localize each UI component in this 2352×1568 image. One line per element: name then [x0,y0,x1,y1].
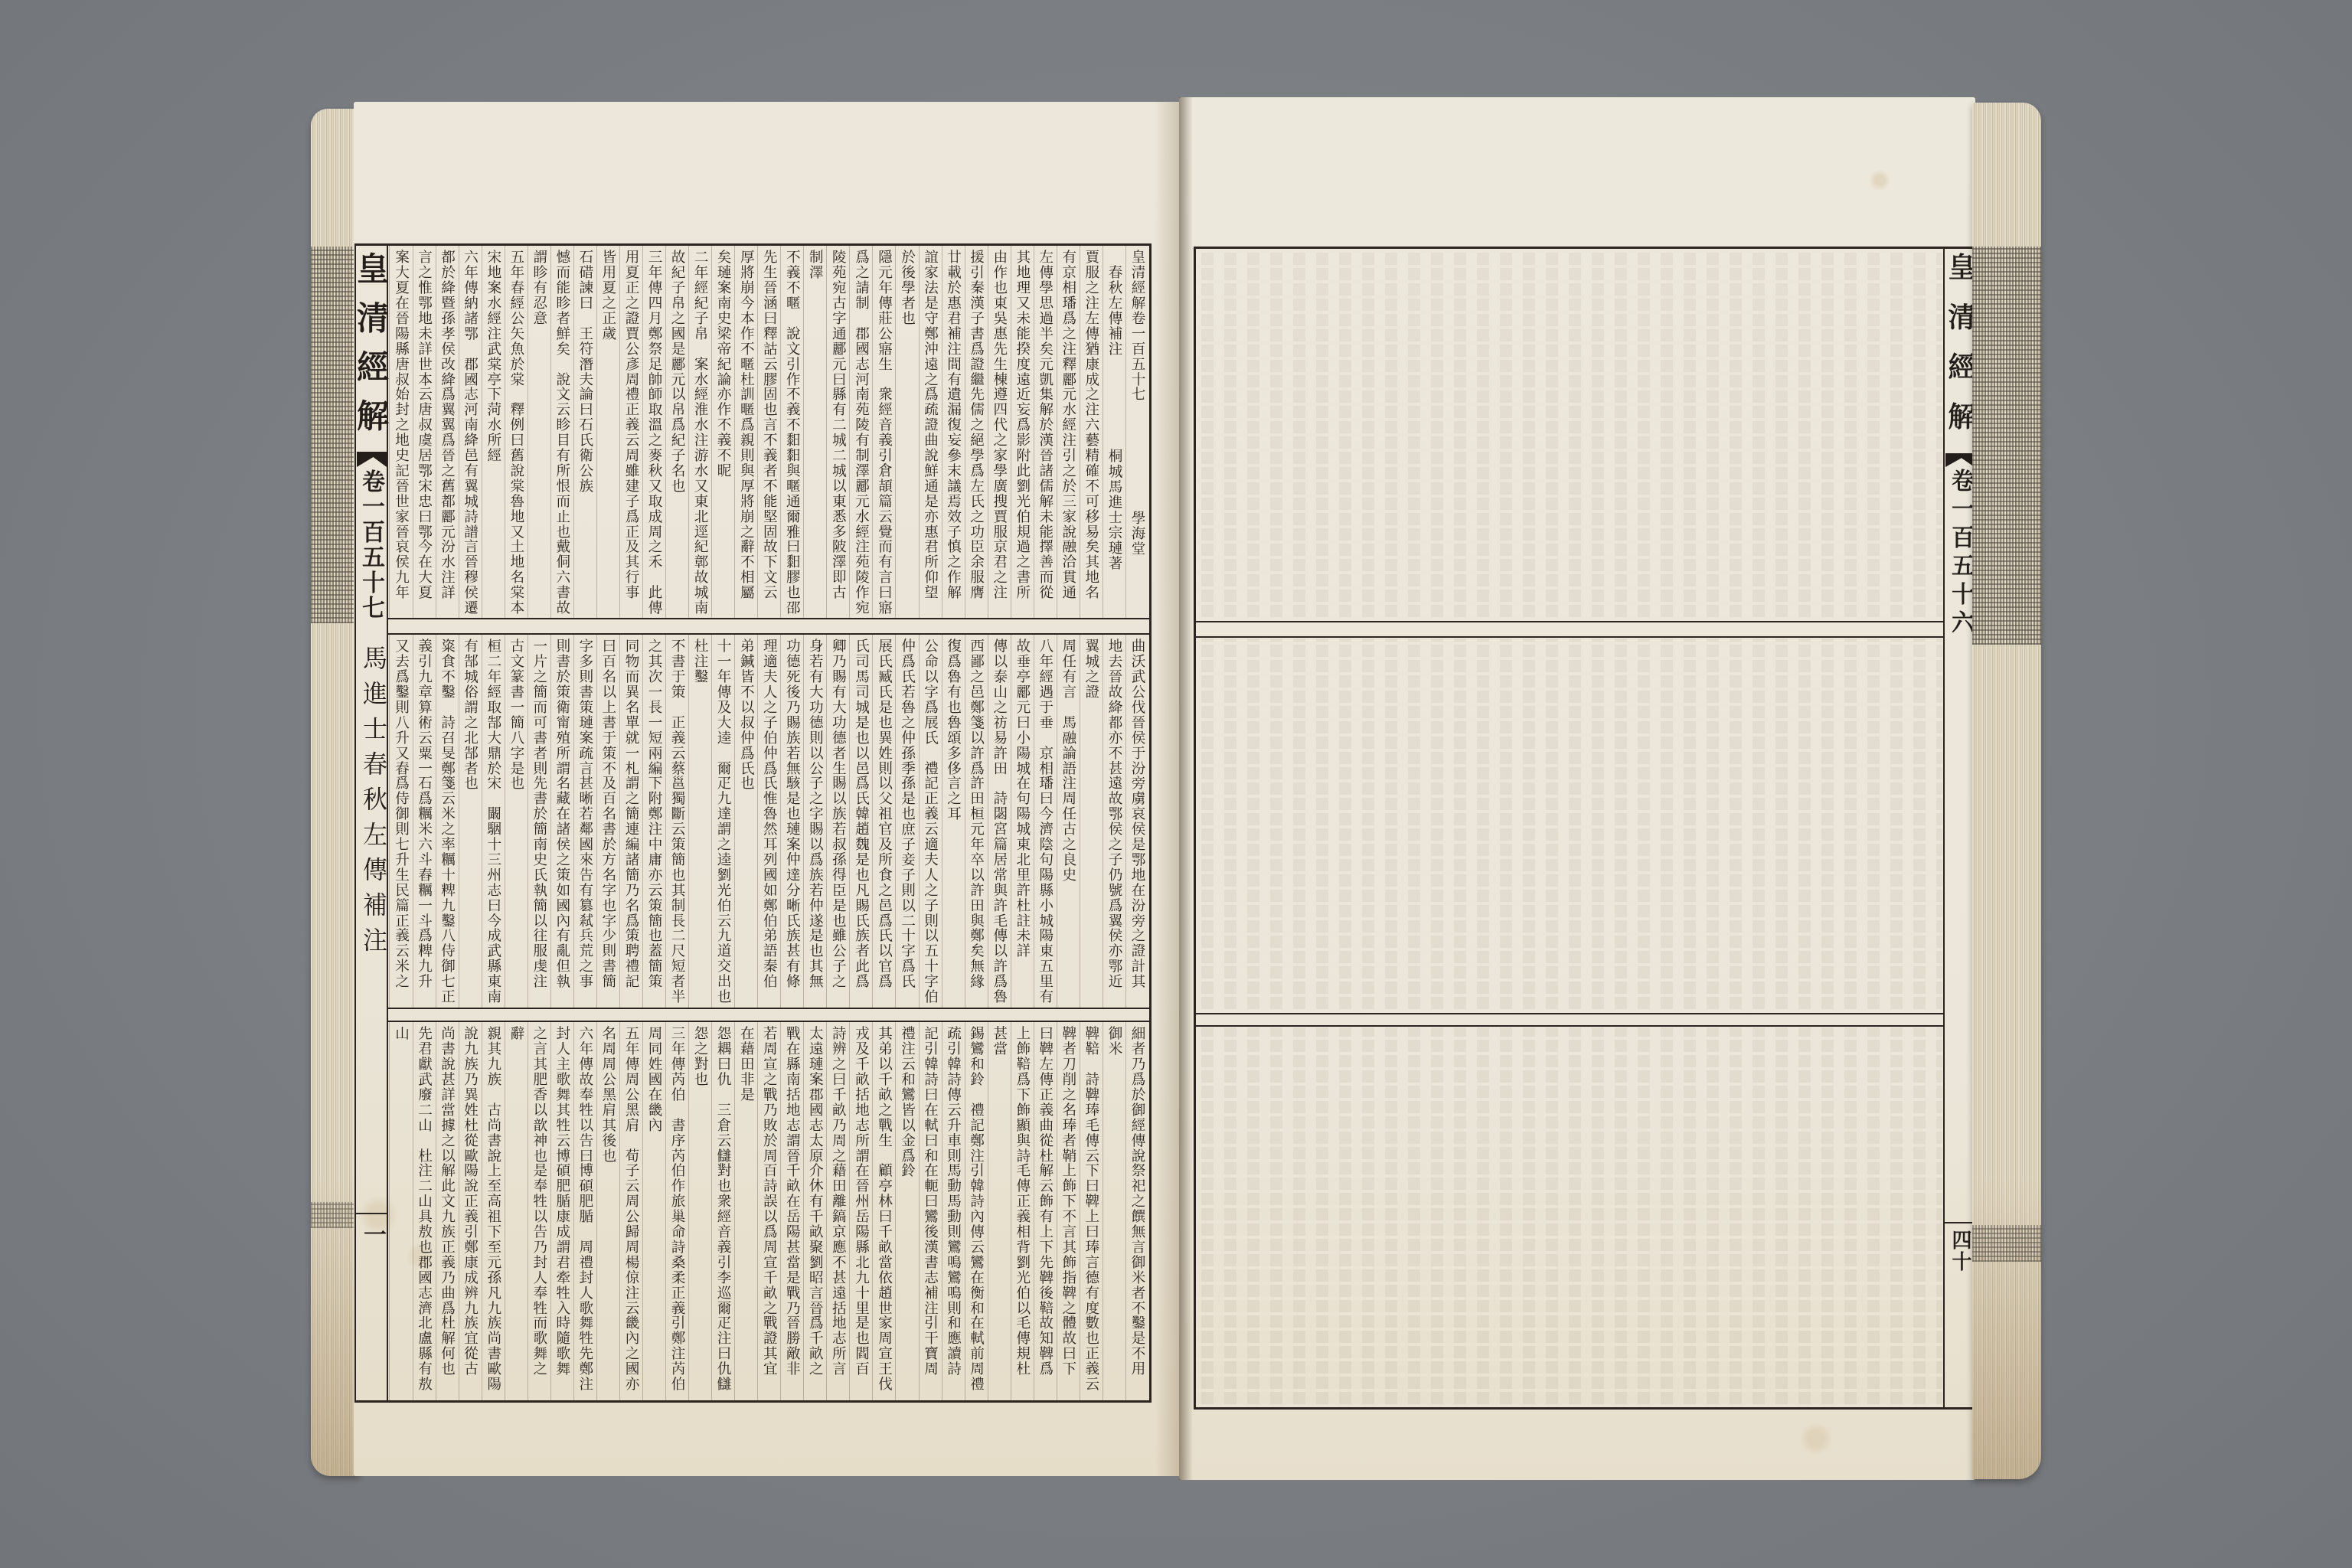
text-column: 爲之請制 郡國志河南苑陵有制澤酈元水經注苑陵作宛 [849,246,872,618]
text-column: 陵苑宛古字通酈元曰縣有二城二城以東悉多陂澤即古 [826,246,849,618]
register-top-blank [1196,250,1942,620]
text-column: 卿乃賜有大功德者生賜以族若叔孫得臣是也雖公子之 [826,635,849,1008]
text-column: 功德死後乃賜族若無駭是也璉案仲達分晰氏族甚有條 [780,635,803,1008]
column-text: 其弟以千畝之戰生 顧亭林曰千畝當依趙世家周宣王伐 [873,1026,895,1392]
register-divider [388,618,1151,619]
banxin-volume: 卷一百五十六 [1945,469,1975,639]
text-column: 禮注云和鸞皆以金爲鈴 [895,1022,918,1400]
text-column: 皇清經解卷一百五十七學海堂 [1125,246,1148,618]
text-column: 矣璉案南史梁帝紀論亦作不義不昵 [711,246,734,618]
text-column: 言之惟鄂地未詳世本云唐叔虞居鄂宋忠曰鄂今在大夏 [413,246,436,618]
column-text: 禮注云和鸞皆以金爲鈴 [896,1026,918,1178]
text-column: 杜注鑿 [688,635,711,1008]
column-text: 都於絳暨孫孝侯改絳爲翼翼爲晉之舊都酈元汾水注詳 [436,250,459,600]
column-text: 功德死後乃賜族若無駭是也璉案仲達分晰氏族甚有條 [781,639,803,989]
column-text: 皇清經解卷一百五十七 [1126,250,1148,402]
text-column: 甚當 [988,1022,1011,1400]
column-text: 義引九章算術云粟一石爲糲米六斗舂糲一斗爲粺九升 [413,639,436,989]
column-text: 春秋左傳補注 [1103,250,1125,356]
bleed-through-texture [1196,250,1942,620]
column-text: 戰在縣南括地志謂晉千畝在岳陽甚當是戰乃晉勝敵非 [781,1026,803,1377]
text-column: 先生晉涵曰釋詁云膠固也言不義者不能堅固故下文云 [757,246,780,618]
text-column: 曰鞞左傳正義曲從杜解云飾有上下先鞞後鞛故知鞞爲 [1034,1022,1057,1400]
text-column: 宋地案水經注武棠亭下菏水所經 [482,246,505,618]
column-text: 說九族乃異姓杜從歐陽說正義引鄭康成辨九族宜從古 [459,1026,482,1377]
column-text: 六年傳納諸鄂 郡國志河南絳邑有翼城詩譜言晉穆侯遷 [459,250,482,616]
register-divider [1194,636,1944,638]
edge-ink-page-number [311,1202,360,1228]
banxin-title: 皇清經解 [1945,253,1975,452]
text-column: 左傳學思過半矣元凱集解於漢晉諸儒解未能擇善而從 [1034,246,1057,618]
text-column: 之其次一長一短兩編下附鄭注中庸亦云策簡也蓋簡策 [642,635,665,1008]
column-text: 周同姓國在畿內 [643,1026,665,1132]
text-column: 尚書說甚詳當據之以解此文九族正義乃曲爲杜解何也 [436,1022,459,1400]
column-text: 五年傳周公黑肩 荀子云周公歸周楊倞注云畿內之國亦 [620,1026,642,1392]
text-column: 其地理又未能揆度遠近妄爲影附此劉光伯規過之書所 [1011,246,1034,618]
text-column: 有郜城俗謂之北郜者也 [459,635,482,1008]
banxin-volume: 卷一百五十七 [354,469,387,621]
text-column: 公命以字爲展氏 禮記正義云適夫人之子則以五十字伯 [919,635,942,1008]
column-text: 卿乃賜有大功德者生賜以族若叔孫得臣是也雖公子之 [827,639,849,989]
text-column: 隱元年傳莊公寤生 衆經音義引倉頡篇云覺而有言曰寤 [872,246,895,618]
column-text: 怨之對也 [689,1026,711,1087]
register-divider [1194,1013,1944,1014]
text-column: 疏引韓詩傳云升車則馬動馬動則鸞鳴鸞鳴則和應讀詩 [942,1022,965,1400]
text-column: 故垂亭酈元曰小陽城在句陽城東北里許杜註未詳 [1011,635,1034,1008]
column-text: 三年傳四月鄭祭足帥師取溫之麥秋又取成周之禾 此傳 [643,250,665,616]
text-column: 理適夫人之子伯仲爲氏惟魯然耳列國如鄭伯弟語秦伯 [757,635,780,1008]
column-text: 封人主歌舞其牲云博碩肥腯康成謂君牽牲入時隨歌舞 [551,1026,573,1377]
text-column: 二年經紀子帛 案水經淮水注游水又東北逕紀鄣故城南 [688,246,711,618]
column-text: 曰鞞左傳正義曲從杜解云飾有上下先鞞後鞛故知鞞爲 [1034,1026,1057,1377]
text-column: 賈服之注左傳猶康成之注六藝精確不可移易矣其地名 [1080,246,1102,618]
text-column: 復爲魯有也魯頌多侈言之耳 [942,635,965,1008]
text-column: 石碏諫曰 王符潛夫論曰石氏衛公族 [573,246,596,618]
text-column: 厚將崩今本作不暱杜訓暱爲親則與厚將崩之辭不相屬 [734,246,757,618]
text-column: 憾而能眕者鮮矣 說文云眕目有所恨而止也戴侗六書故 [550,246,573,618]
right-page-stack-edge [1972,103,2041,1479]
column-text: 古文篆書一簡八字是也 [505,639,528,791]
column-text: 氏司馬司城是也以邑爲氏韓趙魏是也凡賜氏族者此爲 [850,639,872,989]
column-text: 二年經紀子帛 案水經淮水注游水又東北逕紀鄣故城南 [689,250,711,616]
column-text: 周任有言 馬融論語注周任古之良史 [1057,639,1080,882]
column-text: 辭 [505,1026,528,1041]
text-column: 詩辨之曰千畝乃周之藉田離鎬京應不甚遠括地志所言 [826,1022,849,1400]
column-text: 弟鍼皆不以叔仲爲氏也 [735,639,757,791]
banxin-page-rule [1945,1222,1975,1223]
gutter-shadow [1155,102,1181,1476]
text-column: 於後學者也 [895,246,918,618]
text-column: 戰在縣南括地志謂晉千畝在岳陽甚當是戰乃晉勝敵非 [780,1022,803,1400]
column-text: 若周宣之戰乃敗於周百詩誤以爲周宣千畝之戰證其宜 [758,1026,780,1377]
text-column: 西鄙之邑鄭箋以許爲許田桓元年卒以許田與鄭矣無緣 [965,635,988,1008]
column-text: 詩辨之曰千畝乃周之藉田離鎬京應不甚遠括地志所言 [827,1026,849,1377]
column-text: 八年經遇于垂 京相璠曰今濟陰句陽縣小城陽東五里有 [1034,639,1057,1004]
column-text: 誼家法是守鄭沖遠之爲疏證曲說鮮通是亦惠君所仰望 [920,250,942,600]
text-column: 周同姓國在畿內 [642,1022,665,1400]
column-text: 鞞鞛 詩鞞琫毛傳云下曰鞞上曰琫言德有度數也正義云 [1080,1026,1102,1392]
text-column: 又去爲鑿則八升又舂爲侍御則七升生民篇正義云米之 [389,635,412,1008]
text-column: 仲爲氏若魯之仲孫季孫是也庶子妾子則以二十字爲氏 [895,635,918,1008]
text-column: 字多則書策璉案疏言甚晰若鄰國來告有篡弒兵荒之事 [573,635,596,1008]
column-text: 名周周公黑肩其後也 [597,1026,619,1163]
column-text: 三年傳芮伯 書序芮伯作旅巢命詩桑柔正義引鄭注芮伯 [666,1026,688,1392]
column-text: 其地理又未能揆度遠近妄爲影附此劉光伯規過之書所 [1011,250,1034,600]
banxin-title: 皇清經解 [353,250,388,450]
column-text: 矣璉案南史梁帝紀論亦作不義不昵 [712,250,734,479]
column-text: 先君獻武廢二山 杜注二山具敖也郡國志濟北盧縣有敖 [413,1026,436,1392]
text-column: 制澤 [803,246,826,618]
text-column: 六年傳納諸鄂 郡國志河南絳邑有翼城詩譜言晉穆侯遷 [459,246,482,618]
column-text: 則書於策衛甯殖所謂名藏在諸侯之策如國內有亂但執 [551,639,573,989]
column-text: 廿載於惠君補注間有遺漏復妄參末議焉效子慎之作解 [942,250,965,600]
text-column: 義引九章算術云粟一石爲糲米六斗舂糲一斗爲粺九升 [413,635,436,1008]
text-column: 先君獻武廢二山 杜注二山具敖也郡國志濟北盧縣有敖 [413,1022,436,1400]
text-column: 在藉田非是 [734,1022,757,1400]
banxin-subtitle: 馬進士春秋左傳補注 [361,643,387,965]
text-column: 則書於策衛甯殖所謂名藏在諸侯之策如國內有亂但執 [550,635,573,1008]
column-text: 言之惟鄂地未詳世本云唐叔虞居鄂宋忠曰鄂今在大夏 [413,250,436,600]
register-middle: 曲沃武公伐晉侯于汾旁虜哀侯是鄂地在汾旁之證計其地去晉故絳都亦不甚遠故鄂侯之子仍號… [389,635,1148,1008]
column-text: 之言其肥香以歆神也是奉牲以告乃封人奉牲而歌舞之 [528,1026,550,1377]
text-column: 由作也東吳惠先生棟遵四代之家學廣搜賈服京君之注 [988,246,1011,618]
text-column: 不書于策 正義云蔡邕獨斷云策簡也其制長二尺短者半 [665,635,688,1008]
register-middle-blank [1196,639,1942,1012]
column-text: 復爲魯有也魯頌多侈言之耳 [942,639,965,822]
column-tail: 學海堂 [1126,511,1148,557]
text-column: 曰百名以上書于策不及百名書於方名字也字少則書簡 [596,635,619,1008]
column-text: 一片之簡而可書者則先書於簡南史氏執簡以往服虔注 [528,639,550,989]
text-column: 錫鸞和鈴 禮記鄭注引韓詩內傳云鸞在衡和在軾前周禮 [965,1022,988,1400]
column-text: 皆用夏之正歲 [597,250,619,341]
text-column: 怨之對也 [688,1022,711,1400]
text-column: 桓二年經取郜大鼎於宋 闞駰十三州志曰今成武縣東南 [482,635,505,1008]
text-column: 援引秦漢子書爲證繼先儒之絕學爲左氏之功臣余服膺 [965,246,988,618]
column-text: 不義不暱 說文引作不義不䵒䵒與暱通爾雅曰䵒膠也邵 [781,250,803,616]
text-column: 名周周公黑肩其後也 [596,1022,619,1400]
text-column: 身若有大功德則以公子之字賜以爲族若仲遂是也其無 [803,635,826,1008]
column-text: 御米 [1103,1026,1125,1057]
text-column: 鞞者刀削之名琫者鞘上飾下不言其飾指鞞之體故曰下 [1057,1022,1080,1400]
text-column: 戎及千畝括地志所謂在晉州岳陽縣北九十里是也閻百 [849,1022,872,1400]
column-text: 有京相璠爲之注釋酈元水經注引之於三家說融洽貫通 [1057,250,1080,600]
column-text: 曲沃武公伐晉侯于汾旁虜哀侯是鄂地在汾旁之證計其 [1126,639,1148,989]
column-text: 制澤 [804,250,826,280]
text-column: 三年傳四月鄭祭足帥師取溫之麥秋又取成周之禾 此傳 [642,246,665,618]
banxin-page-number: 四十 [1946,1228,1974,1274]
text-column: 不義不暱 說文引作不義不䵒䵒與暱通爾雅曰䵒膠也邵 [780,246,803,618]
text-column: 細者乃爲於御經傳說祭祀之饌無言御米者不鑿是不用 [1125,1022,1148,1400]
text-column: 御米 [1102,1022,1125,1400]
column-text: 桓二年經取郜大鼎於宋 闞駰十三州志曰今成武縣東南 [482,639,505,1004]
column-text: 展氏臧氏是也異姓則以父祖官及所食之邑爲氏以官爲 [873,639,895,989]
column-text: 又去爲鑿則八升又舂爲侍御則七升生民篇正義云米之 [390,639,412,989]
register-divider [1194,621,1944,622]
column-text: 錫鸞和鈴 禮記鄭注引韓詩內傳云鸞在衡和在軾前周禮 [965,1026,988,1392]
column-text: 身若有大功德則以公子之字賜以爲族若仲遂是也其無 [804,639,826,989]
text-column: 粢食不鑿 詩召旻鄭箋云米之率糲十粺九鑿八侍御七正 [436,635,459,1008]
column-text: 六年傳故奉牲以告曰博碩肥腯 周禮封人歌舞牲先鄭注 [574,1026,596,1392]
column-text: 戎及千畝括地志所謂在晉州岳陽縣北九十里是也閻百 [850,1026,872,1377]
text-column: 山 [389,1022,412,1400]
text-column: 翼城之證 [1080,635,1102,1008]
column-text: 由作也東吳惠先生棟遵四代之家學廣搜賈服京君之注 [988,250,1011,600]
column-tail: 桐城馬進士宗璉著 [1103,449,1125,570]
text-column: 皆用夏之正歲 [596,246,619,618]
text-column: 謂眕有忍意 [528,246,550,618]
gutter-shadow [1179,97,1193,1480]
register-bottom-blank [1196,1027,1942,1407]
text-column: 六年傳故奉牲以告曰博碩肥腯 周禮封人歌舞牲先鄭注 [573,1022,596,1400]
column-text: 宋地案水經注武棠亭下菏水所經 [482,250,505,463]
column-text: 爲之請制 郡國志河南苑陵有制澤酈元水經注苑陵作宛 [850,250,872,616]
text-column: 之言其肥香以歆神也是奉牲以告乃封人奉牲而歌舞之 [528,1022,550,1400]
text-column: 曲沃武公伐晉侯于汾旁虜哀侯是鄂地在汾旁之證計其 [1125,635,1148,1008]
text-column: 春秋左傳補注桐城馬進士宗璉著 [1102,246,1125,618]
column-text: 甚當 [988,1026,1011,1057]
text-column: 五年傳周公黑肩 荀子云周公歸周楊倞注云畿內之國亦 [619,1022,642,1400]
column-text: 西鄙之邑鄭箋以許爲許田桓元年卒以許田與鄭矣無緣 [965,639,988,989]
column-text: 細者乃爲於御經傳說祭祀之饌無言御米者不鑿是不用 [1126,1026,1148,1377]
column-text: 於後學者也 [896,250,918,326]
text-column: 鞞鞛 詩鞞琫毛傳云下曰鞞上曰琫言德有度數也正義云 [1080,1022,1102,1400]
text-column: 周任有言 馬融論語注周任古之良史 [1057,635,1080,1008]
column-text: 十一年傳及大逵 爾疋九達謂之逵劉光伯云九道交出也 [712,639,734,1004]
column-text: 理適夫人之子伯仲爲氏惟魯然耳列國如鄭伯弟語秦伯 [758,639,780,989]
text-column: 太遠璉案郡國志太原介休有千畝聚劉昭言晉爲千畝之 [803,1022,826,1400]
column-text: 鞞者刀削之名琫者鞘上飾下不言其飾指鞞之體故曰下 [1057,1026,1080,1377]
column-text: 在藉田非是 [735,1026,757,1102]
register-top: 皇清經解卷一百五十七學海堂 春秋左傳補注桐城馬進士宗璉著賈服之注左傳猶康成之注六… [389,246,1148,618]
register-divider [1194,1025,1944,1027]
column-text: 字多則書策璉案疏言甚晰若鄰國來告有篡弒兵荒之事 [574,639,596,989]
column-text: 故垂亭酈元曰小陽城在句陽城東北里許杜註未詳 [1011,639,1034,959]
text-column: 用夏正之證賈公彥周禮正義云周雖建子爲正及其行事 [619,246,642,618]
column-text: 翼城之證 [1080,639,1102,700]
text-column: 封人主歌舞其牲云博碩肥腯康成謂君牽牲入時隨歌舞 [550,1022,573,1400]
column-text: 隱元年傳莊公寤生 衆經音義引倉頡篇云覺而有言曰寤 [873,250,895,616]
column-text: 仲爲氏若魯之仲孫季孫是也庶子妾子則以二十字爲氏 [896,639,918,989]
banxin-page-rule [356,1213,387,1214]
column-text: 援引秦漢子書爲證繼先儒之絕學爲左氏之功臣余服膺 [965,250,988,600]
text-column: 八年經遇于垂 京相璠曰今濟陰句陽縣小城陽東五里有 [1034,635,1057,1008]
bleed-through-texture [1196,639,1942,1012]
column-text: 不書于策 正義云蔡邕獨斷云策簡也其制長二尺短者半 [666,639,688,1004]
text-column: 十一年傳及大逵 爾疋九達謂之逵劉光伯云九道交出也 [711,635,734,1008]
column-text: 杜注鑿 [689,639,711,684]
column-text: 親其九族 古尚書說上至高祖下至元孫凡九族尚書歐陽 [482,1026,505,1392]
column-text: 有郜城俗謂之北郜者也 [459,639,482,791]
column-text: 石碏諫曰 王符潛夫論曰石氏衛公族 [574,250,596,493]
edge-ink-page-number [1972,1225,2041,1262]
text-column: 怨耦曰仇 三倉云讎對也衆經音義引李巡爾疋注曰仇讎 [711,1022,734,1400]
column-text: 尚書說甚詳當據之以解此文九族正義乃曲爲杜解何也 [436,1026,459,1377]
column-text: 記引韓詩曰在軾曰和在軛曰鸞後漢書志補注引干寶周 [920,1026,942,1377]
text-column: 展氏臧氏是也異姓則以父祖官及所食之邑爲氏以官爲 [872,635,895,1008]
text-column: 傳以泰山之祊易許田 詩閟宮篇居常與許毛傳以許爲魯 [988,635,1011,1008]
text-column: 辭 [505,1022,528,1400]
register-bottom: 細者乃爲於御經傳說祭祀之饌無言御米者不鑿是不用御米鞞鞛 詩鞞琫毛傳云下曰鞞上曰琫… [389,1022,1148,1400]
banxin-page-number: 一 [358,1219,387,1249]
register-divider [388,1008,1151,1009]
column-text: 地去晉故絳都亦不甚遠故鄂侯之子仍號爲翼侯亦鄂近 [1103,639,1125,989]
text-column: 誼家法是守鄭沖遠之爲疏證曲說鮮通是亦惠君所仰望 [919,246,942,618]
text-column: 故紀子帛之國是酈元以帛爲紀子名也 [665,246,688,618]
column-text: 傳以泰山之祊易許田 詩閟宮篇居常與許毛傳以許爲魯 [988,639,1011,1004]
column-text: 怨耦曰仇 三倉云讎對也衆經音義引李巡爾疋注曰仇讎 [712,1026,734,1392]
text-column: 案大夏在晉陽縣唐叔始封之地史記晉世家晉哀侯九年 [389,246,412,618]
column-text: 謂眕有忍意 [528,250,550,326]
column-text: 用夏正之證賈公彥周禮正義云周雖建子爲正及其行事 [620,250,642,600]
text-column: 地去晉故絳都亦不甚遠故鄂侯之子仍號爲翼侯亦鄂近 [1102,635,1125,1008]
column-text: 公命以字爲展氏 禮記正義云適夫人之子則以五十字伯 [920,639,942,1004]
column-text: 太遠璉案郡國志太原介休有千畝聚劉昭言晉爲千畝之 [804,1026,826,1377]
text-column: 廿載於惠君補注間有遺漏復妄參末議焉效子慎之作解 [942,246,965,618]
column-text: 疏引韓詩傳云升車則馬動馬動則鸞鳴鸞鳴則和應讀詩 [942,1026,965,1377]
column-text: 憾而能眕者鮮矣 說文云眕目有所恨而止也戴侗六書故 [551,250,573,616]
column-text: 先生晉涵曰釋詁云膠固也言不義者不能堅固故下文云 [758,250,780,600]
column-text: 山 [390,1026,412,1041]
text-column: 親其九族 古尚書說上至高祖下至元孫凡九族尚書歐陽 [482,1022,505,1400]
column-text: 同物而異名單就一札謂之簡連編諸簡乃名爲策聘禮記 [620,639,642,989]
column-text: 賈服之注左傳猶康成之注六藝精確不可移易矣其地名 [1080,250,1102,600]
text-column: 古文篆書一簡八字是也 [505,635,528,1008]
text-column: 上飾鞛爲下飾顯與詩毛傳正義相背劉光伯以毛傳規杜 [1011,1022,1034,1400]
column-text: 案大夏在晉陽縣唐叔始封之地史記晉世家晉哀侯九年 [390,250,412,600]
text-column: 弟鍼皆不以叔仲爲氏也 [734,635,757,1008]
text-column: 若周宣之戰乃敗於周百詩誤以爲周宣千畝之戰證其宜 [757,1022,780,1400]
column-text: 五年春經公矢魚於棠 釋例曰舊說棠魯地又土地名棠本 [505,250,528,616]
column-text: 故紀子帛之國是酈元以帛爲紀子名也 [666,250,688,493]
column-text: 厚將崩今本作不暱杜訓暱爲親則與厚將崩之辭不相屬 [735,250,757,600]
edge-ink-title [1972,247,2041,645]
text-column: 氏司馬司城是也以邑爲氏韓趙魏是也凡賜氏族者此爲 [849,635,872,1008]
text-column: 說九族乃異姓杜從歐陽說正義引鄭康成辨九族宜從古 [459,1022,482,1400]
column-text: 之其次一長一短兩編下附鄭注中庸亦云策簡也蓋簡策 [643,639,665,989]
text-column: 記引韓詩曰在軾曰和在軛曰鸞後漢書志補注引干寶周 [919,1022,942,1400]
text-column: 都於絳暨孫孝侯改絳爲翼翼爲晉之舊都酈元汾水注詳 [436,246,459,618]
text-column: 三年傳芮伯 書序芮伯作旅巢命詩桑柔正義引鄭注芮伯 [665,1022,688,1400]
text-column: 其弟以千畝之戰生 顧亭林曰千畝當依趙世家周宣王伐 [872,1022,895,1400]
column-text: 上飾鞛爲下飾顯與詩毛傳正義相背劉光伯以毛傳規杜 [1011,1026,1034,1377]
text-column: 有京相璠爲之注釋酈元水經注引之於三家說融洽貫通 [1057,246,1080,618]
column-text: 粢食不鑿 詩召旻鄭箋云米之率糲十粺九鑿八侍御七正 [436,639,459,1004]
column-text: 陵苑宛古字通酈元曰縣有二城二城以東悉多陂澤即古 [827,250,849,600]
column-text: 曰百名以上書于策不及百名書於方名字也字少則書簡 [597,639,619,989]
bleed-through-texture [1196,1027,1942,1407]
text-column: 一片之簡而可書者則先書於簡南史氏執簡以往服虔注 [528,635,550,1008]
text-column: 五年春經公矢魚於棠 釋例曰舊說棠魯地又土地名棠本 [505,246,528,618]
text-column: 同物而異名單就一札謂之簡連編諸簡乃名爲策聘禮記 [619,635,642,1008]
column-text: 左傳學思過半矣元凱集解於漢晉諸儒解未能擇善而從 [1034,250,1057,600]
